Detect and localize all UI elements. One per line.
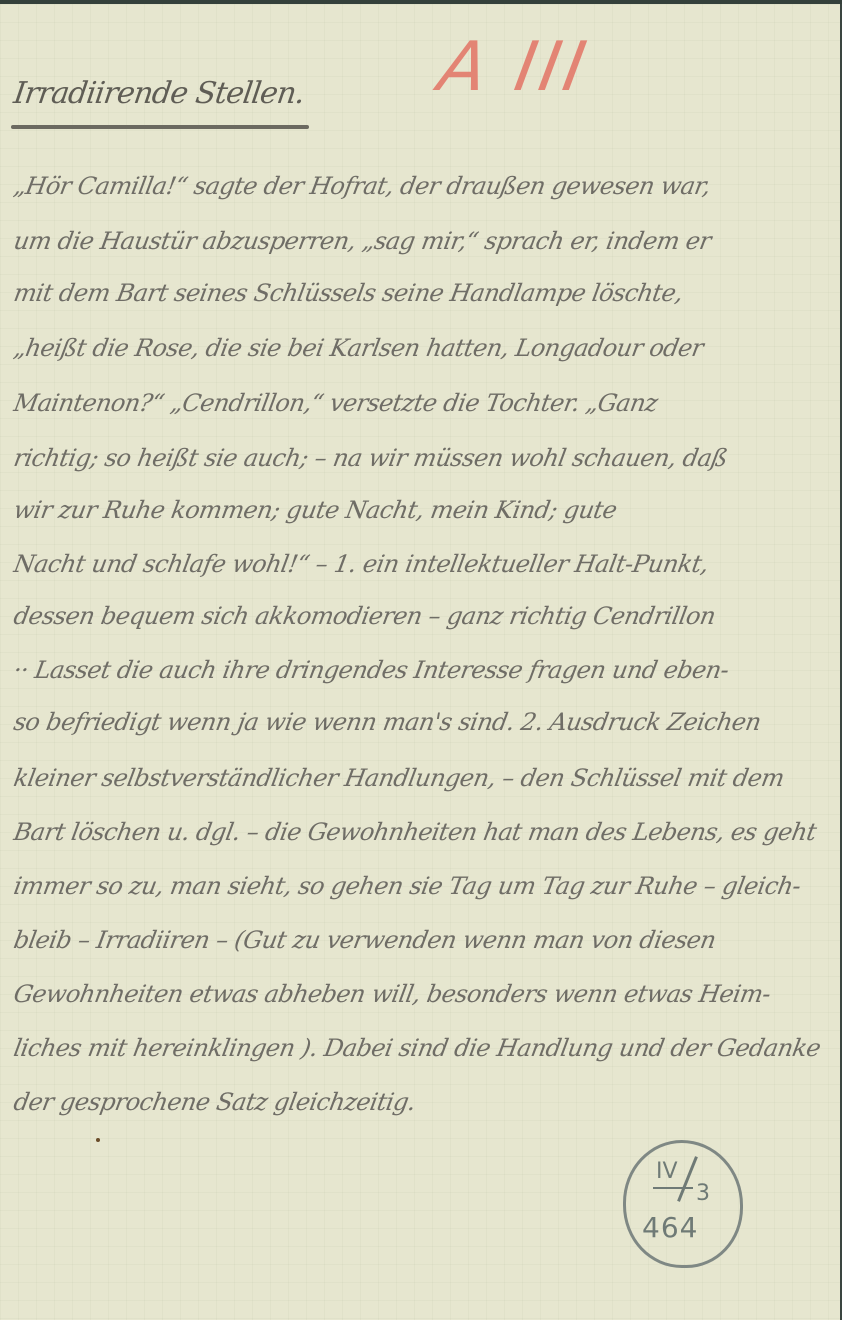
stamp-folio-number: 464 xyxy=(642,1211,698,1244)
text-line: der gesprochene Satz gleichzeitig. xyxy=(12,1088,837,1116)
shelfmark-red: A III xyxy=(433,28,595,107)
paper-speck xyxy=(96,1138,100,1142)
stamp-volume: IV xyxy=(656,1159,678,1184)
page-title: Irradiirende Stellen. xyxy=(12,76,307,111)
archive-stamp: IV 3 464 xyxy=(623,1140,743,1268)
text-line: mit dem Bart seines Schlüssels seine Han… xyxy=(12,279,837,307)
text-line: richtig; so heißt sie auch; – na wir müs… xyxy=(12,444,837,472)
text-line: Maintenon?“ „Cendrillon,“ versetzte die … xyxy=(12,389,837,417)
text-line: Bart löschen u. dgl. – die Gewohnheiten … xyxy=(12,818,837,846)
text-line: Nacht und schlafe wohl!“ – 1. ein intell… xyxy=(12,550,837,578)
text-line: dessen bequem sich akkomodieren – ganz r… xyxy=(12,602,837,630)
text-line: immer so zu, man sieht, so gehen sie Tag… xyxy=(12,872,837,900)
text-line: kleiner selbstverständlicher Handlungen,… xyxy=(12,764,837,792)
text-line: so befriedigt wenn ja wie wenn man's sin… xyxy=(12,708,837,736)
text-line: „Hör Camilla!“ sagte der Hofrat, der dra… xyxy=(12,172,837,200)
stamp-slash xyxy=(677,1156,698,1202)
text-line: ·· Lasset die auch ihre dringendes Inter… xyxy=(12,656,837,684)
text-line: „heißt die Rose, die sie bei Karlsen hat… xyxy=(12,334,837,362)
stamp-underline xyxy=(653,1187,693,1189)
text-line: bleib – Irradiiren – (Gut zu verwenden w… xyxy=(12,926,837,954)
title-underline xyxy=(11,125,309,129)
manuscript-page: Irradiirende Stellen. A III „Hör Camilla… xyxy=(0,4,842,1320)
text-line: liches mit hereinklingen ). Dabei sind d… xyxy=(12,1034,837,1062)
text-line: Gewohnheiten etwas abheben will, besonde… xyxy=(12,980,837,1008)
stamp-subnumber: 3 xyxy=(696,1181,710,1206)
text-line: wir zur Ruhe kommen; gute Nacht, mein Ki… xyxy=(12,496,837,524)
text-line: um die Haustür abzusperren, „sag mir,“ s… xyxy=(12,227,837,255)
